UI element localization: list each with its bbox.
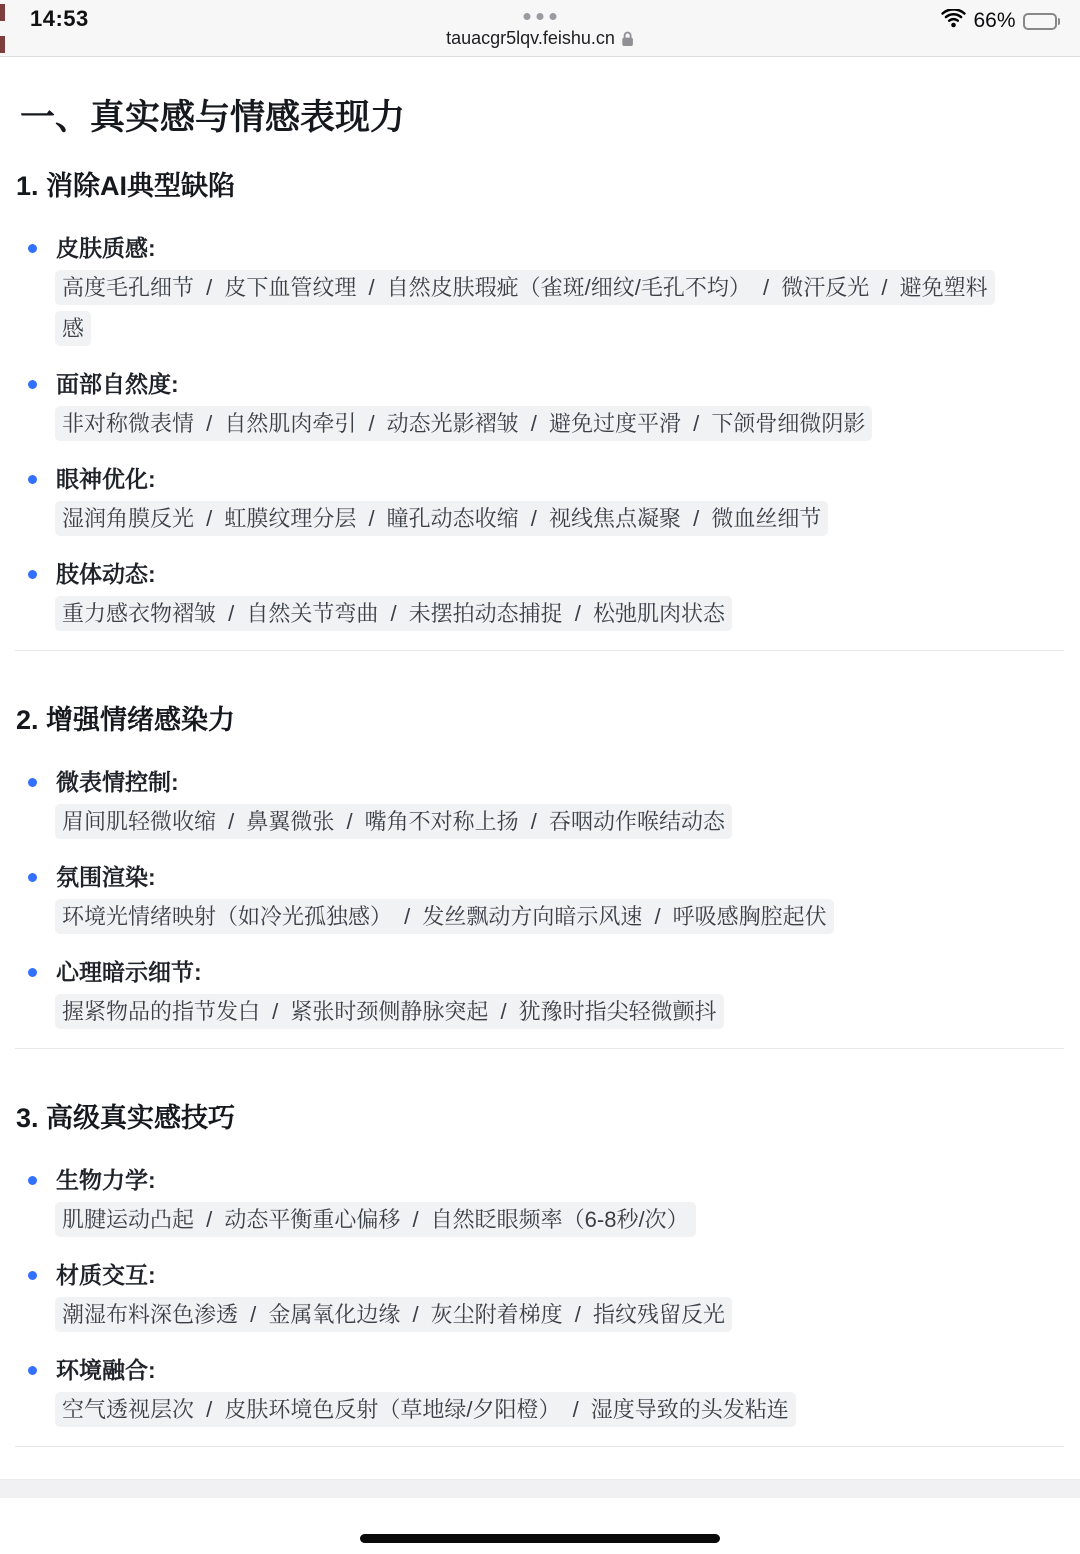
inline-code-tags: 非对称微表情 / 自然肌肉牵引 / 动态光影褶皱 / 避免过度平滑 / 下颌骨细… [55,406,872,441]
bullet-label: 微表情控制: [56,767,179,797]
section-title: 2. 增强情绪感染力 [16,703,1064,737]
inline-code-tags: 潮湿布料深色渗透 / 金属氧化边缘 / 灰尘附着梯度 / 指纹残留反光 [55,1297,732,1332]
inline-code-tags: 环境光情绪映射（如冷光孤独感） / 发丝飘动方向暗示风速 / 呼吸感胸腔起伏 [55,899,834,934]
bullet-label: 氛围渲染: [56,862,156,892]
tag-line: 空气透视层次 / 皮肤环境色反射（草地绿/夕阳橙） / 湿度导致的头发粘连 [55,1391,995,1432]
section-divider [15,1446,1064,1447]
inline-code-tags: 眉间肌轻微收缩 / 鼻翼微张 / 嘴角不对称上扬 / 吞咽动作喉结动态 [55,804,732,839]
bullet-label: 心理暗示细节: [56,957,202,987]
battery-percentage: 66% [973,9,1015,33]
tag-line: 湿润角膜反光 / 虹膜纹理分层 / 瞳孔动态收缩 / 视线焦点凝聚 / 微血丝细… [55,500,995,541]
address-bar[interactable]: tauacgr5lqv.feishu.cn [446,28,634,49]
list-item: 氛围渲染: [16,862,1064,892]
bullet-label: 面部自然度: [56,369,179,399]
bullet-label: 肢体动态: [56,559,156,589]
list-item: 心理暗示细节: [16,957,1064,987]
list-item: 材质交互: [16,1260,1064,1290]
bullet-dot [28,1271,37,1280]
lock-icon [621,31,634,47]
tag-line: 潮湿布料深色渗透 / 金属氧化边缘 / 灰尘附着梯度 / 指纹残留反光 [55,1296,995,1337]
document-body: 一、真实感与情感表现力 1. 消除AI典型缺陷 皮肤质感: 高度毛孔细节 / 皮… [0,97,1080,1447]
bullet-dot [28,475,37,484]
battery-icon [1023,13,1061,30]
status-indicators: 66% [941,9,1060,33]
address-bar-url[interactable]: tauacgr5lqv.feishu.cn [446,28,615,49]
inline-code-tags: 重力感衣物褶皱 / 自然关节弯曲 / 未摆拍动态捕捉 / 松弛肌肉状态 [55,596,732,631]
section-3: 3. 高级真实感技巧 生物力学: 肌腱运动凸起 / 动态平衡重心偏移 / 自然眨… [16,1101,1064,1447]
inline-code-tags: 高度毛孔细节 / 皮下血管纹理 / 自然皮肤瑕疵（雀斑/细纹/毛孔不均） / 微… [55,270,995,346]
screen-edge-artifact [0,4,5,21]
safari-page: 14:53 tauacgr5lqv.feishu.cn 66% [0,0,1080,1554]
bullet-dot [28,873,37,882]
inline-code-tags: 空气透视层次 / 皮肤环境色反射（草地绿/夕阳橙） / 湿度导致的头发粘连 [55,1392,796,1427]
tag-line: 重力感衣物褶皱 / 自然关节弯曲 / 未摆拍动态捕捉 / 松弛肌肉状态 [55,595,995,636]
list-item: 肢体动态: [16,559,1064,589]
tag-line: 眉间肌轻微收缩 / 鼻翼微张 / 嘴角不对称上扬 / 吞咽动作喉结动态 [55,803,995,844]
bullet-dot [28,570,37,579]
inline-code-tags: 湿润角膜反光 / 虹膜纹理分层 / 瞳孔动态收缩 / 视线焦点凝聚 / 微血丝细… [55,501,828,536]
tag-line: 肌腱运动凸起 / 动态平衡重心偏移 / 自然眨眼频率（6-8秒/次） [55,1201,995,1242]
clock-time: 14:53 [30,6,89,32]
tag-line: 非对称微表情 / 自然肌肉牵引 / 动态光影褶皱 / 避免过度平滑 / 下颌骨细… [55,405,995,446]
section-1: 1. 消除AI典型缺陷 皮肤质感: 高度毛孔细节 / 皮下血管纹理 / 自然皮肤… [16,169,1064,651]
list-item: 面部自然度: [16,369,1064,399]
tag-line: 高度毛孔细节 / 皮下血管纹理 / 自然皮肤瑕疵（雀斑/细纹/毛孔不均） / 微… [55,269,995,351]
list-item: 皮肤质感: [16,233,1064,263]
list-item: 生物力学: [16,1165,1064,1195]
tag-line: 环境光情绪映射（如冷光孤独感） / 发丝飘动方向暗示风速 / 呼吸感胸腔起伏 [55,898,995,939]
list-item: 微表情控制: [16,767,1064,797]
screen-edge-artifact [0,36,5,53]
bullet-label: 环境融合: [56,1355,156,1385]
bullet-label: 眼神优化: [56,464,156,494]
bullet-dot [28,1176,37,1185]
section-2: 2. 增强情绪感染力 微表情控制: 眉间肌轻微收缩 / 鼻翼微张 / 嘴角不对称… [16,703,1064,1049]
list-item: 眼神优化: [16,464,1064,494]
wifi-icon [941,9,966,33]
status-bar: 14:53 tauacgr5lqv.feishu.cn 66% [0,0,1080,57]
page-title: 一、真实感与情感表现力 [20,97,1064,139]
bottom-toolbar-strip [0,1479,1080,1498]
inline-code-tags: 握紧物品的指节发白 / 紧张时颈侧静脉突起 / 犹豫时指尖轻微颤抖 [55,994,724,1029]
home-indicator[interactable] [360,1534,720,1543]
bullet-dot [28,380,37,389]
section-divider [15,1048,1064,1049]
bullet-dot [28,244,37,253]
bullet-label: 皮肤质感: [56,233,156,263]
list-item: 环境融合: [16,1355,1064,1385]
multitask-dots-icon[interactable] [524,13,557,20]
bullet-label: 生物力学: [56,1165,156,1195]
bullet-dot [28,1366,37,1375]
bullet-dot [28,778,37,787]
tag-line: 握紧物品的指节发白 / 紧张时颈侧静脉突起 / 犹豫时指尖轻微颤抖 [55,993,995,1034]
section-title: 3. 高级真实感技巧 [16,1101,1064,1135]
inline-code-tags: 肌腱运动凸起 / 动态平衡重心偏移 / 自然眨眼频率（6-8秒/次） [55,1202,696,1237]
section-divider [15,650,1064,651]
section-title: 1. 消除AI典型缺陷 [16,169,1064,203]
bullet-dot [28,968,37,977]
bullet-label: 材质交互: [56,1260,156,1290]
